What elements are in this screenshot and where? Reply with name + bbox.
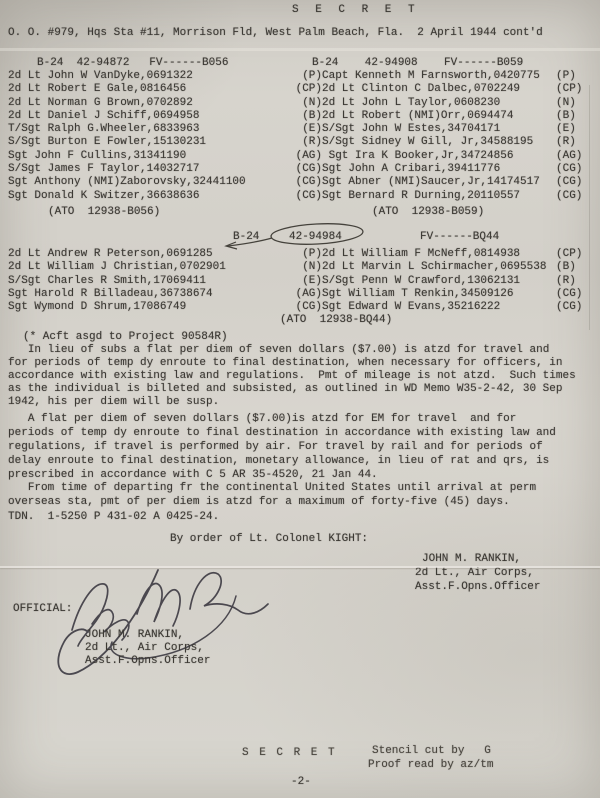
crew-position-code: (R) xyxy=(550,136,592,149)
crew-member-name: S/Sgt Penn W Crawford,13062131 xyxy=(322,275,550,288)
ato-number-left: (ATO 12938-B056) xyxy=(48,206,160,218)
official-signer-title: Asst.F.Opns.Officer xyxy=(85,655,210,667)
crew-member-name: 2d Lt Norman G Brown,0702892 xyxy=(8,97,290,110)
crew-member-name: Sgt William T Renkin,34509126 xyxy=(322,288,550,301)
tdn-accounting-line: TDN. 1-5250 P 431-02 A 0425-24. xyxy=(8,511,219,523)
crew-row: S/Sgt Charles R Smith,17069411(E)S/Sgt P… xyxy=(8,275,592,288)
page-content: S E C R E T O. O. #979, Hqs Sta #11, Mor… xyxy=(0,0,600,798)
crew-roster-group2: 2d Lt Andrew R Peterson,0691285(P)2d Lt … xyxy=(8,248,592,314)
crew-member-name: Sgt Ira K Booker,Jr,34724856 xyxy=(322,150,550,163)
crew-row: S/Sgt Burton E Fowler,15130231(R)S/Sgt S… xyxy=(8,136,592,149)
crew-member-name: 2d Lt John W VanDyke,0691322 xyxy=(8,70,290,83)
crew-member-name: Sgt John A Cribari,39411776 xyxy=(322,163,550,176)
overseas-per-diem-paragraph: From time of departing fr the continenta… xyxy=(8,481,592,509)
official-signer-name: JOHN M. RANKIN, xyxy=(85,629,184,641)
scanned-military-order-page: S E C R E T O. O. #979, Hqs Sta #11, Mor… xyxy=(0,0,600,798)
crew-row: 2d Lt Andrew R Peterson,0691285(P)2d Lt … xyxy=(8,248,592,261)
crew-position-code: (CG) xyxy=(290,163,322,176)
crew-member-name: Sgt Abner (NMI)Saucer,Jr,14174517 xyxy=(322,176,550,189)
proofread-credit: Proof read by az/tm xyxy=(368,759,493,771)
crew-row: Sgt Anthony (NMI)Zaborovsky,32441100(CG)… xyxy=(8,176,592,189)
crew-position-code: (N) xyxy=(290,261,322,274)
project-note: (* Acft asgd to Project 90584R) xyxy=(23,331,228,343)
crew-position-code: (P) xyxy=(290,248,322,261)
crew-row: S/Sgt James F Taylor,14032717(CG)Sgt Joh… xyxy=(8,163,592,176)
crew-row: Sgt Harold R Billadeau,36738674(AG)Sgt W… xyxy=(8,288,592,301)
crew-position-code: (N) xyxy=(550,97,592,110)
crew-row: Sgt Wymond D Shrum,17086749(CG)Sgt Edwar… xyxy=(8,301,592,314)
crew-position-code: (CG) xyxy=(550,190,592,203)
crew-position-code: (CG) xyxy=(550,288,592,301)
crew-member-name: 2d Lt Robert (NMI)Orr,0694474 xyxy=(322,110,550,123)
crew-position-code: (R) xyxy=(290,136,322,149)
crew-row: 2d Lt Daniel J Schiff,0694958(B)2d Lt Ro… xyxy=(8,110,592,123)
crew-position-code: (R) xyxy=(550,275,592,288)
crew-row: 2d Lt William J Christian,0702901(N)2d L… xyxy=(8,261,592,274)
crew-position-code: (CG) xyxy=(550,163,592,176)
crew-row: 2d Lt Robert E Gale,0816456(CP)2d Lt Cli… xyxy=(8,83,592,96)
per-diem-officers-paragraph: In lieu of subs a flat per diem of seven… xyxy=(8,344,592,409)
crew-position-code: (CP) xyxy=(550,248,592,261)
crew-position-code: (AG) xyxy=(550,150,592,163)
crew-position-code: (E) xyxy=(550,123,592,136)
crew-position-code: (B) xyxy=(550,110,592,123)
crew-position-code: (P) xyxy=(290,70,322,83)
crew-member-name: 2d Lt Robert E Gale,0816456 xyxy=(8,83,290,96)
classification-banner-top: S E C R E T xyxy=(292,4,420,16)
crew-position-code: (CG) xyxy=(550,301,592,314)
signer-title: Asst.F.Opns.Officer xyxy=(415,581,540,593)
crew-position-code: (CP) xyxy=(550,83,592,96)
crew-position-code: (B) xyxy=(550,261,592,274)
crew-row: 2d Lt Norman G Brown,0702892(N)2d Lt Joh… xyxy=(8,97,592,110)
crew-position-code: (CG) xyxy=(290,301,322,314)
crew-member-name: Sgt Anthony (NMI)Zaborovsky,32441100 xyxy=(8,176,290,189)
ato-number-group2: (ATO 12938-BQ44) xyxy=(280,314,392,326)
crew-position-code: (CG) xyxy=(550,176,592,189)
crew-member-name: S/Sgt Sidney W Gill, Jr,34588195 xyxy=(322,136,550,149)
crew-member-name: 2d Lt John L Taylor,0608230 xyxy=(322,97,550,110)
official-signer-rank: 2d Lt., Air Corps, xyxy=(85,642,204,654)
crew-position-code: (N) xyxy=(290,97,322,110)
crew-member-name: Sgt Edward W Evans,35216222 xyxy=(322,301,550,314)
crew-position-code: (CG) xyxy=(290,190,322,203)
crew-member-name: Sgt Wymond D Shrum,17086749 xyxy=(8,301,290,314)
crew-position-code: (CP) xyxy=(290,83,322,96)
crew-member-name: S/Sgt Burton E Fowler,15130231 xyxy=(8,136,290,149)
crew-member-name: 2d Lt Marvin L Schirmacher,0695538 xyxy=(322,261,550,274)
signer-name: JOHN M. RANKIN, xyxy=(422,553,521,565)
crew-row: T/Sgt Ralph G.Wheeler,6833963(E)S/Sgt Jo… xyxy=(8,123,592,136)
crew-position-code: (AG) xyxy=(290,288,322,301)
order-heading-line: O. O. #979, Hqs Sta #11, Morrison Fld, W… xyxy=(8,27,543,39)
crew-position-code: (E) xyxy=(290,123,322,136)
crew-member-name: 2d Lt Andrew R Peterson,0691285 xyxy=(8,248,290,261)
crew-member-name: S/Sgt James F Taylor,14032717 xyxy=(8,163,290,176)
crew-row: Sgt John F Cullins,31341190(AG) Sgt Ira … xyxy=(8,150,592,163)
by-order-line: By order of Lt. Colonel KIGHT: xyxy=(170,533,368,545)
crew-member-name: S/Sgt Charles R Smith,17069411 xyxy=(8,275,290,288)
stencil-credit: Stencil cut by G xyxy=(372,745,491,757)
crew-member-name: 2d Lt Clinton C Dalbec,0702249 xyxy=(322,83,550,96)
crew-member-name: 2d Lt William F McNeff,0814938 xyxy=(322,248,550,261)
crew-row: 2d Lt John W VanDyke,0691322(P)Capt Kenn… xyxy=(8,70,592,83)
crew-position-code: (E) xyxy=(290,275,322,288)
crew-position-code: (CG) xyxy=(290,176,322,189)
crew-member-name: 2d Lt William J Christian,0702901 xyxy=(8,261,290,274)
handwritten-signature xyxy=(30,552,280,692)
paper-crease-faint xyxy=(0,48,600,51)
page-number: -2- xyxy=(291,776,311,788)
classification-banner-bottom: S E C R E T xyxy=(242,747,337,759)
crew-member-name: T/Sgt Ralph G.Wheeler,6833963 xyxy=(8,123,290,136)
crew-position-code: (AG) xyxy=(290,150,322,163)
aircraft2-header: B-24 42-94908 FV------B059 xyxy=(312,57,523,69)
crew-member-name: 2d Lt Daniel J Schiff,0694958 xyxy=(8,110,290,123)
crew-member-name: Sgt Harold R Billadeau,36738674 xyxy=(8,288,290,301)
per-diem-em-paragraph: A flat per diem of seven dollars ($7.00)… xyxy=(8,412,592,482)
crew-roster-group1: 2d Lt John W VanDyke,0691322(P)Capt Kenn… xyxy=(8,70,592,203)
aircraft1-header: B-24 42-94872 FV------B056 xyxy=(37,57,228,69)
scan-edge-line xyxy=(589,85,590,330)
crew-position-code: (B) xyxy=(290,110,322,123)
crew-member-name: Capt Kenneth M Farnsworth,0420775 xyxy=(322,70,550,83)
crew-position-code: (P) xyxy=(550,70,592,83)
crew-member-name: Sgt Donald K Switzer,36638636 xyxy=(8,190,290,203)
crew-member-name: Sgt Bernard R Durning,20110557 xyxy=(322,190,550,203)
crew-member-name: Sgt John F Cullins,31341190 xyxy=(8,150,290,163)
ato-number-right: (ATO 12938-B059) xyxy=(372,206,484,218)
crew-member-name: S/Sgt John W Estes,34704171 xyxy=(322,123,550,136)
signer-rank: 2d Lt., Air Corps, xyxy=(415,567,534,579)
crew-row: Sgt Donald K Switzer,36638636(CG)Sgt Ber… xyxy=(8,190,592,203)
